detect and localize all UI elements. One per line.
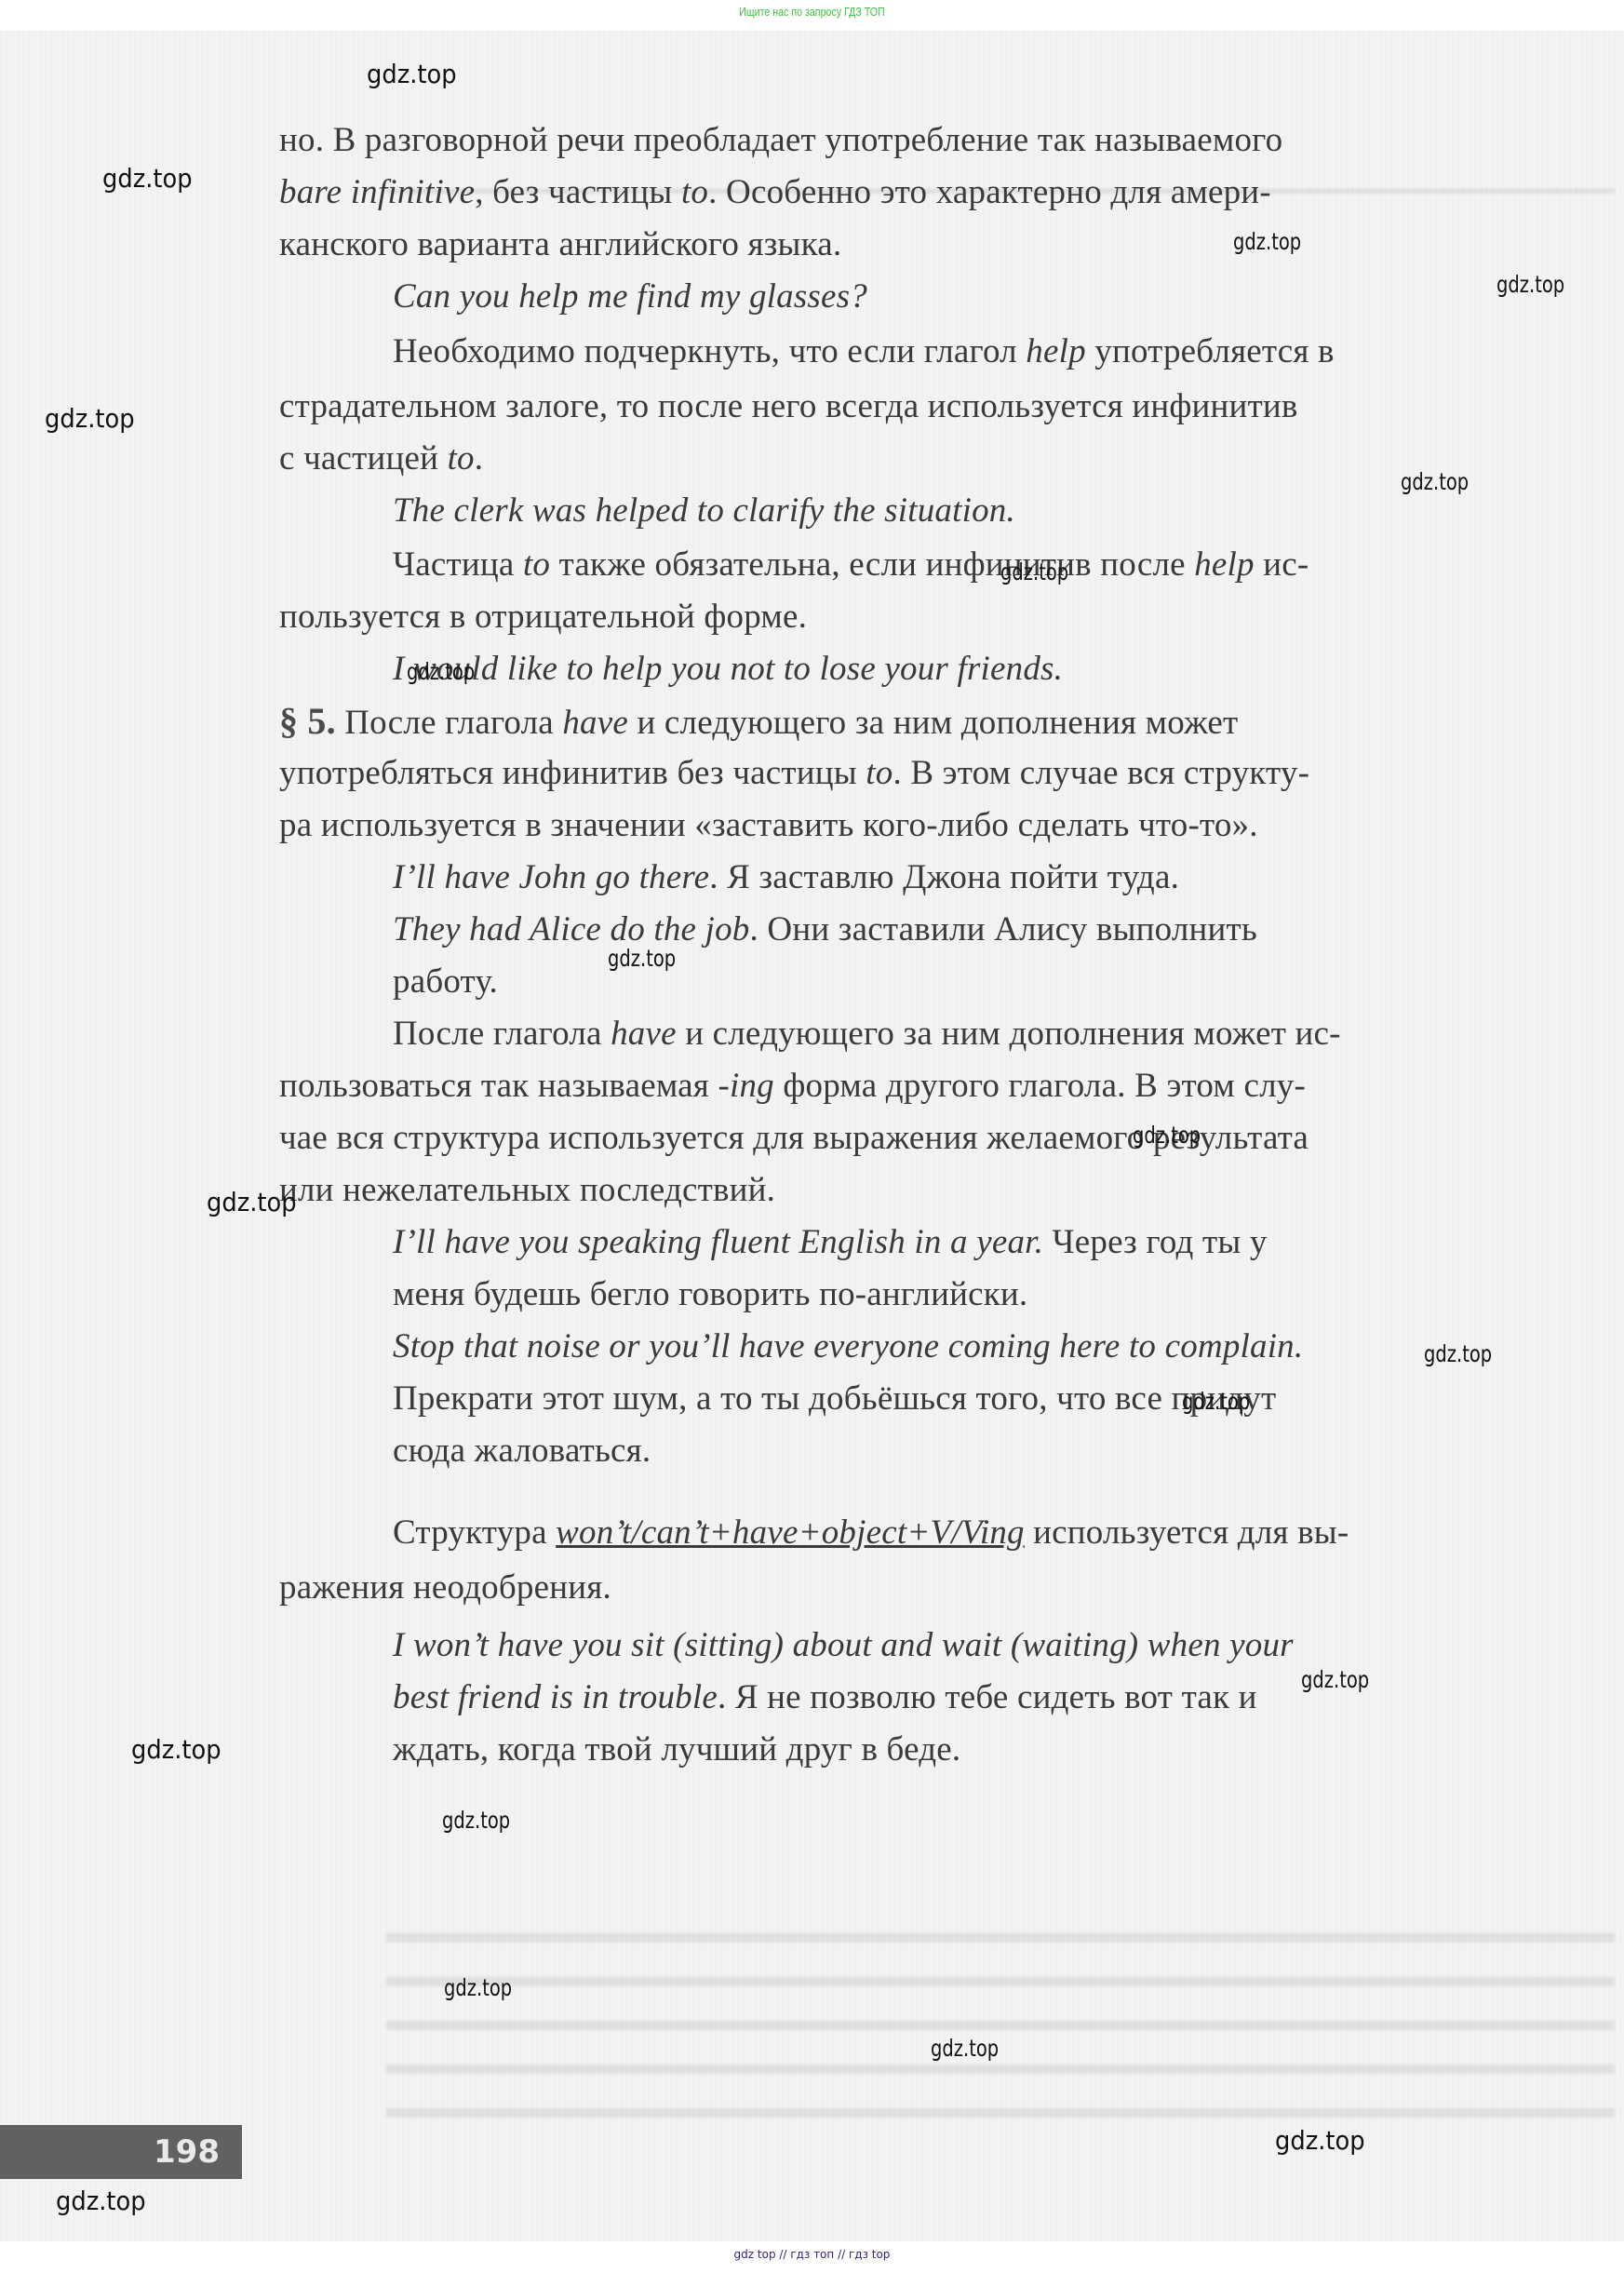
watermark: gdz.top — [444, 1974, 512, 2001]
watermark: gdz.top — [45, 403, 135, 434]
text-line: ра используется в значении «заставить ко… — [279, 800, 1615, 852]
text-line: Структура won’t/can’t+have+object+V/Ving… — [279, 1507, 1615, 1562]
page-body-text: но. В разговорной речи преобладает употр… — [279, 114, 1615, 1776]
text-line: употребляться инфинитив без частицы to. … — [279, 747, 1615, 800]
top-banner: Ищите нас по запросу ГДЗ ТОП — [0, 0, 1624, 31]
show-through-decoration: ▬▬▬▬▬▬▬▬▬▬▬▬▬▬▬▬▬▬▬▬▬▬▬▬▬▬▬▬▬▬▬▬▬▬▬▬▬▬▬▬… — [386, 1911, 1615, 2190]
page-number: 198 — [0, 2125, 242, 2179]
example-line: I would like to help you not to lose you… — [279, 643, 1615, 695]
footer-text: gdz top // гдз топ // гдз top — [734, 2248, 891, 2261]
watermark: gdz.top — [1424, 1340, 1492, 1367]
watermark: gdz.top — [1275, 2125, 1365, 2156]
top-banner-text: Ищите нас по запросу ГДЗ ТОП — [739, 5, 885, 19]
structure-formula: won’t/can’t+have+object+V/Ving — [556, 1513, 1025, 1552]
example-line: best friend is in trouble. Я не позволю … — [279, 1672, 1615, 1724]
watermark: gdz.top — [207, 1187, 297, 1217]
text-line: Прекрати этот шум, а то ты добьёшься тог… — [279, 1373, 1615, 1425]
text-line: пользуется в отрицательной форме. — [279, 591, 1615, 643]
example-line: I’ll have you speaking fluent English in… — [279, 1217, 1615, 1269]
watermark: gdz.top — [1401, 468, 1469, 495]
watermark: gdz.top — [1000, 558, 1068, 585]
text-line: или нежелательных последствий. — [279, 1164, 1615, 1217]
watermark: gdz.top — [1182, 1388, 1250, 1415]
watermark: gdz.top — [407, 658, 475, 685]
example-line: I’ll have John go there. Я заставлю Джон… — [279, 852, 1615, 904]
watermark: gdz.top — [1301, 1666, 1369, 1693]
section-mark: § 5. — [279, 700, 336, 742]
text-line: но. В разговорной речи преобладает употр… — [279, 114, 1615, 167]
watermark: gdz.top — [367, 59, 457, 89]
text-line: страдательном залоге, то после него всег… — [279, 381, 1615, 433]
page-scan: ━━━━━━━━━━━━━━━━━━━━━━━━━━━━━━━━━━━━━━━━… — [0, 31, 1624, 2241]
example-line: I won’t have you sit (sitting) about and… — [279, 1620, 1615, 1672]
text-line: ражения неодобрения. — [279, 1562, 1615, 1620]
watermark: gdz.top — [102, 163, 193, 194]
watermark: gdz.top — [131, 1734, 221, 1765]
text-line: Частица to также обязательна, если инфин… — [279, 539, 1615, 591]
watermark: gdz.top — [931, 2035, 999, 2062]
text-line: чае вся структура используется для выраж… — [279, 1112, 1615, 1164]
text-line: меня будешь бегло говорить по-английски. — [279, 1269, 1615, 1321]
example-line: They had Alice do the job. Они заставили… — [279, 904, 1615, 956]
text-line: После глагола have и следующего за ним д… — [279, 1008, 1615, 1060]
text-line: пользоваться так называемая -ing форма д… — [279, 1060, 1615, 1112]
watermark: gdz.top — [608, 945, 676, 972]
text-line: § 5. После глагола have и следующего за … — [279, 695, 1615, 747]
watermark: gdz.top — [1133, 1122, 1201, 1149]
footer: gdz top // гдз топ // гдз top — [0, 2241, 1624, 2273]
watermark: gdz.top — [1233, 228, 1301, 255]
example-line: Can you help me find my glasses? — [279, 271, 1615, 326]
watermark: gdz.top — [1496, 271, 1564, 298]
text-line: работу. — [279, 956, 1615, 1008]
text-line: канского варианта английского языка. — [279, 219, 1615, 271]
watermark: gdz.top — [442, 1807, 510, 1834]
text-line: bare infinitive, без частицы to. Особенн… — [279, 167, 1615, 219]
example-line: Stop that noise or you’ll have everyone … — [279, 1321, 1615, 1373]
watermark: gdz.top — [56, 2186, 146, 2216]
text-line: сюда жаловаться. — [279, 1425, 1615, 1507]
text-line: ждать, когда твой лучший друг в беде. — [279, 1724, 1615, 1776]
text-line: Необходимо подчеркнуть, что если глагол … — [279, 326, 1615, 381]
